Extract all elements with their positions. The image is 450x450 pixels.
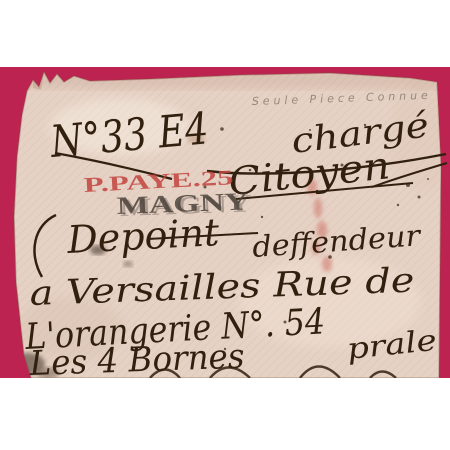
address-line4: Les 4 Bornes	[28, 337, 245, 378]
letter-photo-canvas: Seule Piece Connue N°33 E4 chargé Citoye…	[0, 67, 450, 378]
bottom-white-band	[0, 378, 450, 450]
letter-photo: Seule Piece Connue N°33 E4 chargé Citoye…	[0, 67, 450, 378]
top-white-band	[0, 0, 450, 67]
screenshot-root: Seule Piece Connue N°33 E4 chargé Citoye…	[0, 0, 450, 450]
